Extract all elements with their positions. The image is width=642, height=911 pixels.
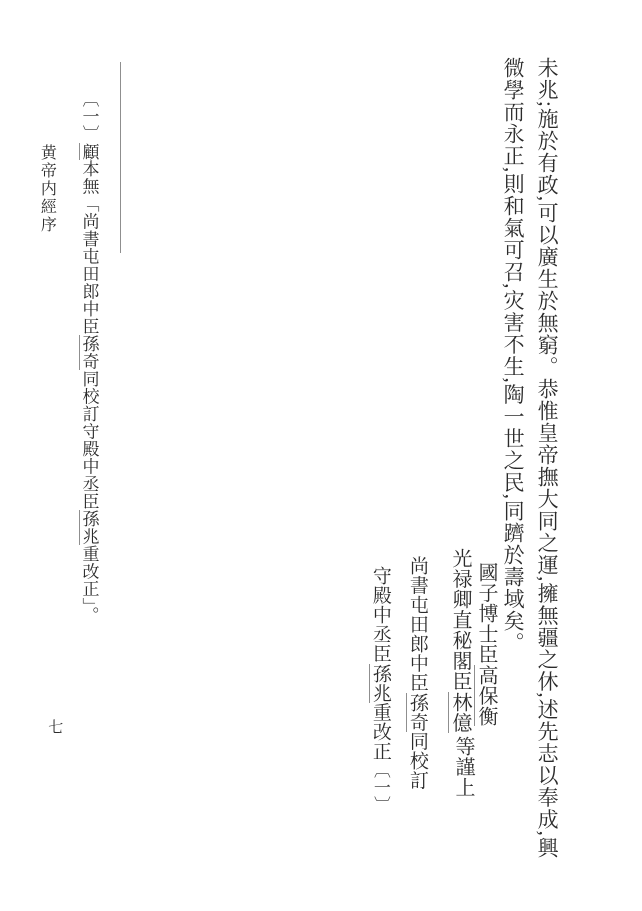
signature-column-lin-yi: 光禄卿直秘閣臣林億 xyxy=(448,548,471,733)
proper-name-mark: 顧 xyxy=(79,143,99,161)
footnote-separator-rule xyxy=(120,62,121,253)
book-page: 未兆;施於有政,可以廣生於無窮。恭惟皇帝撫大同之運,擁無疆之休,述先志以奉成,興… xyxy=(0,0,642,911)
submitted-label: 等謹上 xyxy=(451,736,474,798)
footnote-text: 本無「尚書屯田郎中臣 xyxy=(80,160,99,335)
official-title: 光禄卿直秘閣臣 xyxy=(449,548,471,692)
footnote-text: 重改正」。 xyxy=(80,545,99,624)
footnote-reference: 〔一〕 xyxy=(371,761,390,814)
signature-column-gao-baoheng: 國子博士臣高保衡 xyxy=(474,562,497,726)
proper-name-mark: 孫兆 xyxy=(79,510,99,545)
official-title: 守殿中丞臣 xyxy=(370,566,391,664)
running-title: 黄帝内經序 xyxy=(37,144,55,234)
proper-name-mark: 林億 xyxy=(448,692,471,733)
footnote-column: 〔一〕顧本無「尚書屯田郎中臣孫奇同校訂守殿中丞臣孫兆重改正」。 xyxy=(79,90,99,624)
proper-name-mark: 高保衡 xyxy=(474,665,497,727)
page-number: 七 xyxy=(45,719,62,735)
proper-name-mark: 孫奇 xyxy=(79,335,99,370)
signature-action: 重改正 xyxy=(370,703,391,762)
proper-name-mark: 孫奇 xyxy=(406,693,428,732)
main-text-column-2: 微學而永正,則和氣可召,灾害不生,陶一世之民,同躋於壽域矣。 xyxy=(501,57,525,654)
footnote-marker: 〔一〕 xyxy=(80,90,99,143)
main-text-column-1: 未兆;施於有政,可以廣生於無窮。恭惟皇帝撫大同之運,擁無疆之休,述先志以奉成,興 xyxy=(535,57,559,859)
signature-column-sun-zhao: 守殿中丞臣孫兆重改正〔一〕 xyxy=(369,566,391,814)
official-title: 國子博士臣 xyxy=(475,562,497,665)
signature-column-sun-qi: 尚書屯田郎中臣孫奇同校訂 xyxy=(406,556,428,790)
signature-action: 同校訂 xyxy=(407,732,428,791)
proper-name-mark: 孫兆 xyxy=(369,664,391,703)
footnote-text: 同校訂守殿中丞臣 xyxy=(80,370,99,510)
official-title: 尚書屯田郎中臣 xyxy=(407,556,428,693)
